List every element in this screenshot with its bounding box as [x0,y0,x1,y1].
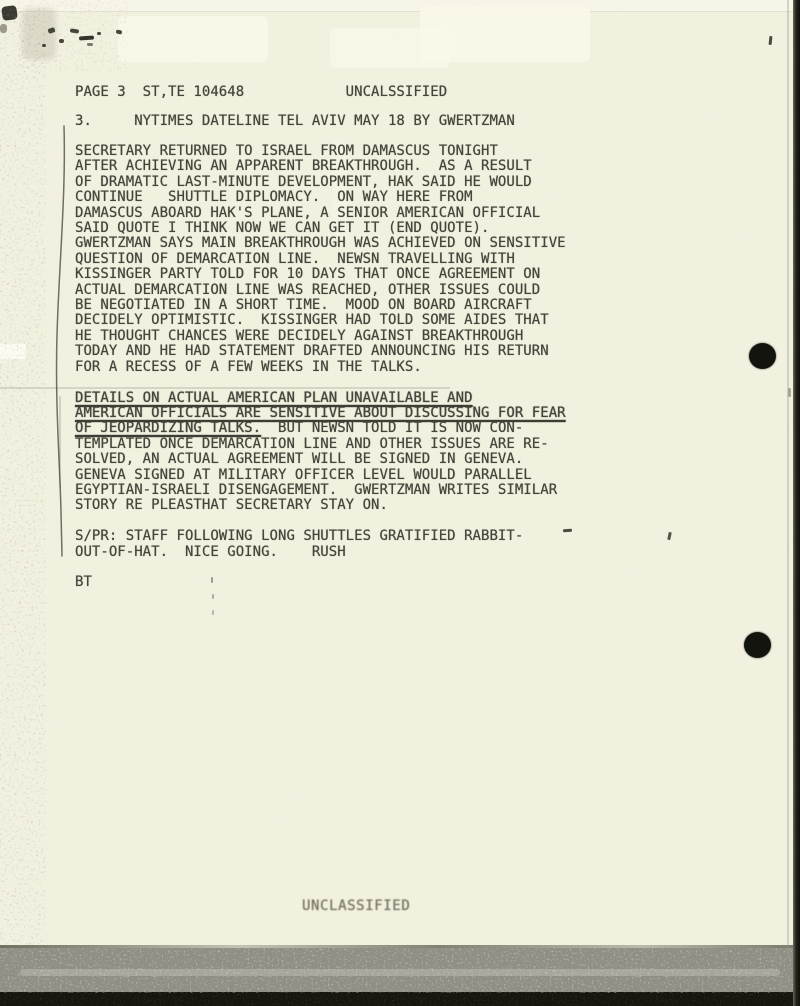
ink-speck [59,39,64,43]
pen-mark [769,36,773,45]
hole-punch-mark [749,343,776,369]
pen-mark [563,529,572,533]
paragraph-3: S/PR: STAFF FOLLOWING LONG SHUTTLES GRAT… [75,528,523,559]
dateline-heading: 3. NYTIMES DATELINE TEL AVIV MAY 18 BY G… [75,114,515,129]
ink-blob [0,24,7,33]
signoff-bt: BT [75,574,92,590]
telegram-body: SECRETARY RETURNED TO ISRAEL FROM DAMASC… [75,144,566,591]
ink-blob [1,5,18,21]
scan-right-fold-line [787,0,789,950]
scan-right-border [793,0,800,1006]
scan-top-strip [0,0,800,12]
classification-stamp: UNCLASSIFIED [302,899,410,914]
scan-light-patch [330,28,450,68]
pen-mark [212,594,214,599]
pen-mark [211,577,213,583]
scan-light-patch [118,16,268,62]
hole-punch-mark [744,632,771,658]
ink-speck [79,35,94,40]
ink-speck [70,28,79,33]
ink-speck [42,44,46,47]
pen-mark [212,610,214,615]
whiteout-patch [0,344,26,359]
ink-speck [87,43,93,46]
page-header-line: PAGE 3 ST,TE 104648 UNCALSSIFIED [75,85,447,100]
ink-smudge [22,8,56,60]
scan-edge-black [0,992,800,1006]
scanned-telegram-page: PAGE 3 ST,TE 104648 UNCALSSIFIED 3. NYTI… [0,0,800,1006]
paragraph-1: SECRETARY RETURNED TO ISRAEL FROM DAMASC… [75,143,566,375]
ink-speck [97,32,101,35]
scan-edge-streak [20,969,780,976]
pen-mark [667,532,672,540]
